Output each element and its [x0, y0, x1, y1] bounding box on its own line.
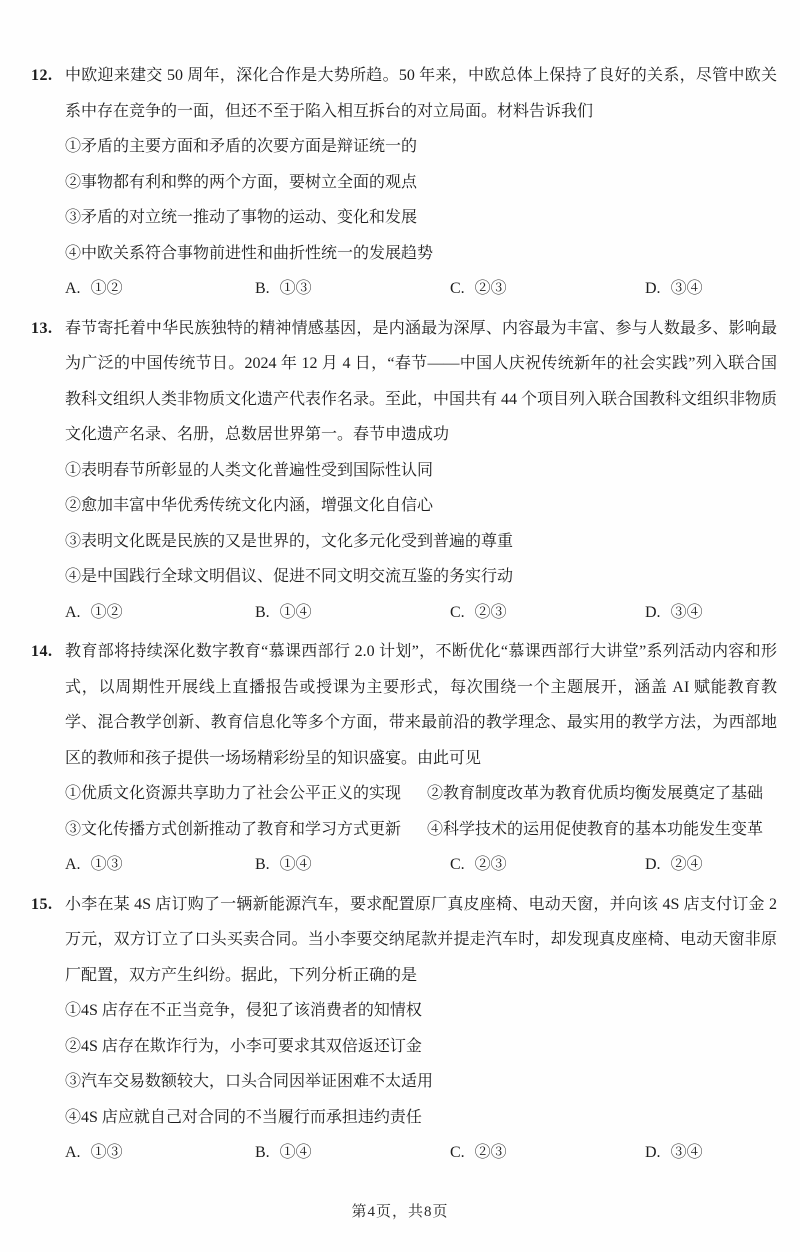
choice-value: ③④ — [671, 604, 703, 621]
question-number: 14. — [31, 634, 65, 670]
question-item: ④科学技术的运用促使教育的基本功能发生变革 — [427, 812, 777, 848]
question-stem: 小李在某 4S 店订购了一辆新能源汽车，要求配置原厂真皮座椅、电动天窗，并向该 … — [65, 887, 777, 994]
choice-d: D.③④ — [645, 595, 777, 631]
choice-value: ①④ — [280, 856, 312, 873]
question-item: ③文化传播方式创新推动了教育和学习方式更新 — [65, 812, 427, 848]
question-item-row: ③文化传播方式创新推动了教育和学习方式更新 ④科学技术的运用促使教育的基本功能发… — [65, 812, 777, 848]
question-15: 15. 小李在某 4S 店订购了一辆新能源汽车，要求配置原厂真皮座椅、电动天窗，… — [31, 887, 777, 1171]
question-13: 13. 春节寄托着中华民族独特的精神情感基因，是内涵最为深厚、内容最为丰富、参与… — [31, 311, 777, 631]
choice-label: A. — [65, 280, 81, 297]
choice-b: B.①③ — [255, 271, 450, 307]
question-item: ①表明春节所彰显的人类文化普遍性受到国际性认同 — [65, 453, 777, 489]
choice-value: ①④ — [280, 604, 312, 621]
choice-value: ②③ — [475, 1144, 507, 1161]
choice-d: D.②④ — [645, 847, 777, 883]
choice-label: B. — [255, 280, 270, 297]
question-item: ①优质文化资源共享助力了社会公平正义的实现 — [65, 776, 427, 812]
choice-label: B. — [255, 604, 270, 621]
question-14: 14. 教育部将持续深化数字教育“慕课西部行 2.0 计划”，不断优化“慕课西部… — [31, 634, 777, 883]
choice-label: C. — [450, 1144, 465, 1161]
choice-a: A.①③ — [65, 847, 255, 883]
question-12: 12. 中欧迎来建交 50 周年，深化合作是大势所趋。50 年来，中欧总体上保持… — [31, 58, 777, 307]
question-item: ②愈加丰富中华优秀传统文化内涵，增强文化自信心 — [65, 488, 777, 524]
question-item: ②4S 店存在欺诈行为，小李可要求其双倍返还订金 — [65, 1029, 777, 1065]
question-stem-row: 13. 春节寄托着中华民族独特的精神情感基因，是内涵最为深厚、内容最为丰富、参与… — [31, 311, 777, 453]
question-item: ①矛盾的主要方面和矛盾的次要方面是辩证统一的 — [65, 129, 777, 165]
question-items: ①4S 店存在不正当竞争，侵犯了该消费者的知情权 ②4S 店存在欺诈行为，小李可… — [31, 993, 777, 1135]
question-item: ③矛盾的对立统一推动了事物的运动、变化和发展 — [65, 200, 777, 236]
choice-d: D.③④ — [645, 271, 777, 307]
question-stem-row: 14. 教育部将持续深化数字教育“慕课西部行 2.0 计划”，不断优化“慕课西部… — [31, 634, 777, 776]
choice-d: D.③④ — [645, 1135, 777, 1171]
question-number: 15. — [31, 887, 65, 923]
choice-value: ②③ — [475, 604, 507, 621]
choice-label: D. — [645, 280, 661, 297]
choice-value: ②③ — [475, 280, 507, 297]
question-stem-row: 15. 小李在某 4S 店订购了一辆新能源汽车，要求配置原厂真皮座椅、电动天窗，… — [31, 887, 777, 994]
choice-label: A. — [65, 856, 81, 873]
question-item: ②事物都有利和弊的两个方面，要树立全面的观点 — [65, 165, 777, 201]
question-stem: 中欧迎来建交 50 周年，深化合作是大势所趋。50 年来，中欧总体上保持了良好的… — [65, 58, 777, 129]
question-item-row: ①优质文化资源共享助力了社会公平正义的实现 ②教育制度改革为教育优质均衡发展奠定… — [65, 776, 777, 812]
answer-choices: A.①③ B.①④ C.②③ D.②④ — [31, 847, 777, 883]
question-stem: 春节寄托着中华民族独特的精神情感基因，是内涵最为深厚、内容最为丰富、参与人数最多… — [65, 311, 777, 453]
exam-page: 12. 中欧迎来建交 50 周年，深化合作是大势所趋。50 年来，中欧总体上保持… — [0, 0, 800, 1252]
choice-value: ①③ — [91, 856, 123, 873]
page-number: 第4页，共8页 — [0, 1200, 800, 1221]
question-item: ④中欧关系符合事物前进性和曲折性统一的发展趋势 — [65, 236, 777, 272]
question-items: ①矛盾的主要方面和矛盾的次要方面是辩证统一的 ②事物都有利和弊的两个方面，要树立… — [31, 129, 777, 271]
choice-label: C. — [450, 856, 465, 873]
choice-value: ①② — [91, 604, 123, 621]
choice-value: ②③ — [475, 856, 507, 873]
question-items: ①优质文化资源共享助力了社会公平正义的实现 ②教育制度改革为教育优质均衡发展奠定… — [31, 776, 777, 847]
choice-a: A.①③ — [65, 1135, 255, 1171]
question-items: ①表明春节所彰显的人类文化普遍性受到国际性认同 ②愈加丰富中华优秀传统文化内涵，… — [31, 453, 777, 595]
choice-value: ③④ — [671, 280, 703, 297]
choice-label: A. — [65, 1144, 81, 1161]
answer-choices: A.①② B.①④ C.②③ D.③④ — [31, 595, 777, 631]
choice-label: D. — [645, 604, 661, 621]
question-stem: 教育部将持续深化数字教育“慕课西部行 2.0 计划”，不断优化“慕课西部行大讲堂… — [65, 634, 777, 776]
choice-label: D. — [645, 1144, 661, 1161]
question-number: 12. — [31, 58, 65, 94]
choice-a: A.①② — [65, 595, 255, 631]
choice-b: B.①④ — [255, 847, 450, 883]
question-item: ④是中国践行全球文明倡议、促进不同文明交流互鉴的务实行动 — [65, 559, 777, 595]
question-item: ③表明文化既是民族的又是世界的，文化多元化受到普遍的尊重 — [65, 524, 777, 560]
choice-c: C.②③ — [450, 271, 645, 307]
choice-b: B.①④ — [255, 595, 450, 631]
question-number: 13. — [31, 311, 65, 347]
choice-label: D. — [645, 856, 661, 873]
choice-label: A. — [65, 604, 81, 621]
choice-b: B.①④ — [255, 1135, 450, 1171]
choice-value: ①② — [91, 280, 123, 297]
choice-c: C.②③ — [450, 847, 645, 883]
question-stem-row: 12. 中欧迎来建交 50 周年，深化合作是大势所趋。50 年来，中欧总体上保持… — [31, 58, 777, 129]
choice-value: ①④ — [280, 1144, 312, 1161]
question-item: ①4S 店存在不正当竞争，侵犯了该消费者的知情权 — [65, 993, 777, 1029]
choice-label: C. — [450, 604, 465, 621]
choice-value: ③④ — [671, 1144, 703, 1161]
question-item: ④4S 店应就自己对合同的不当履行而承担违约责任 — [65, 1100, 777, 1136]
choice-label: B. — [255, 856, 270, 873]
answer-choices: A.①② B.①③ C.②③ D.③④ — [31, 271, 777, 307]
choice-c: C.②③ — [450, 1135, 645, 1171]
choice-a: A.①② — [65, 271, 255, 307]
question-item: ②教育制度改革为教育优质均衡发展奠定了基础 — [427, 776, 777, 812]
choice-c: C.②③ — [450, 595, 645, 631]
answer-choices: A.①③ B.①④ C.②③ D.③④ — [31, 1135, 777, 1171]
choice-value: ①③ — [91, 1144, 123, 1161]
choice-value: ①③ — [280, 280, 312, 297]
choice-value: ②④ — [671, 856, 703, 873]
question-item: ③汽车交易数额较大，口头合同因举证困难不太适用 — [65, 1064, 777, 1100]
choice-label: C. — [450, 280, 465, 297]
choice-label: B. — [255, 1144, 270, 1161]
